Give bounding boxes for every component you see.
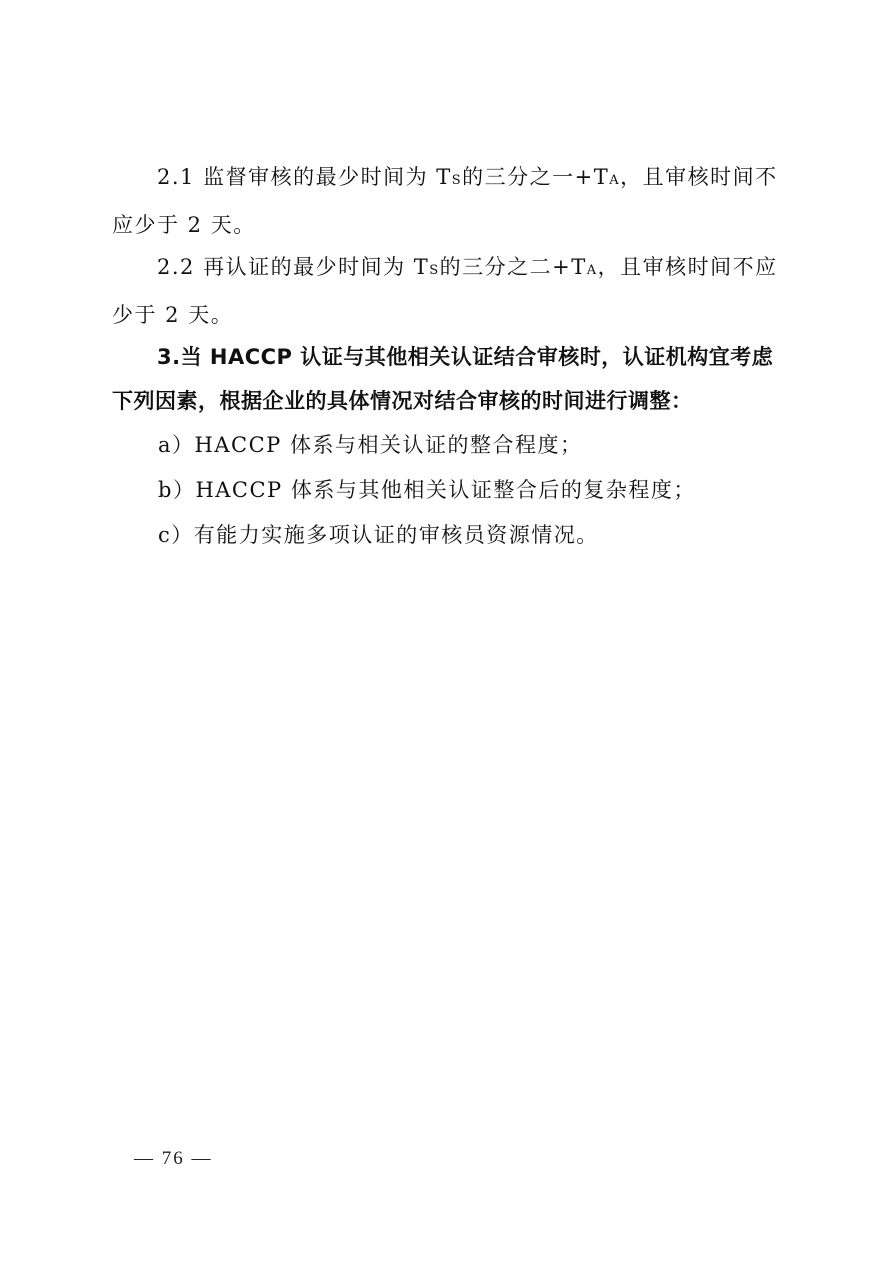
page-number: — 76 — <box>134 1148 213 1170</box>
paragraph-3: 3.当 HACCP 认证与其他相关认证结合审核时，认证机构宜考虑下列因素，根据企… <box>112 335 782 423</box>
document-page: 2.1 监督审核的最少时间为 TS的三分之一+TA，且审核时间不应少于 2 天。… <box>0 0 892 1262</box>
subscript-s: S <box>452 173 462 188</box>
list-item-b: b）HACCP 体系与其他相关认证整合后的复杂程度； <box>158 468 696 512</box>
list-item-c: c）有能力实施多项认证的审核员资源情况。 <box>158 513 599 557</box>
paragraph-2-1-mid: 的三分之一+T <box>462 165 609 189</box>
paragraph-2-2: 2.2 再认证的最少时间为 TS的三分之二+TA，且审核时间不应少于 2 天。 <box>112 245 782 337</box>
paragraph-2-1-pre: 2.1 监督审核的最少时间为 T <box>157 165 452 189</box>
list-item-a: a）HACCP 体系与相关认证的整合程度； <box>158 423 582 467</box>
paragraph-2-1: 2.1 监督审核的最少时间为 TS的三分之一+TA，且审核时间不应少于 2 天。 <box>112 155 782 247</box>
paragraph-2-2-mid: 的三分之二+T <box>440 255 587 279</box>
paragraph-2-2-pre: 2.2 再认证的最少时间为 T <box>157 255 429 279</box>
subscript-a: A <box>609 173 620 188</box>
subscript-a: A <box>587 263 598 278</box>
subscript-s: S <box>429 263 439 278</box>
